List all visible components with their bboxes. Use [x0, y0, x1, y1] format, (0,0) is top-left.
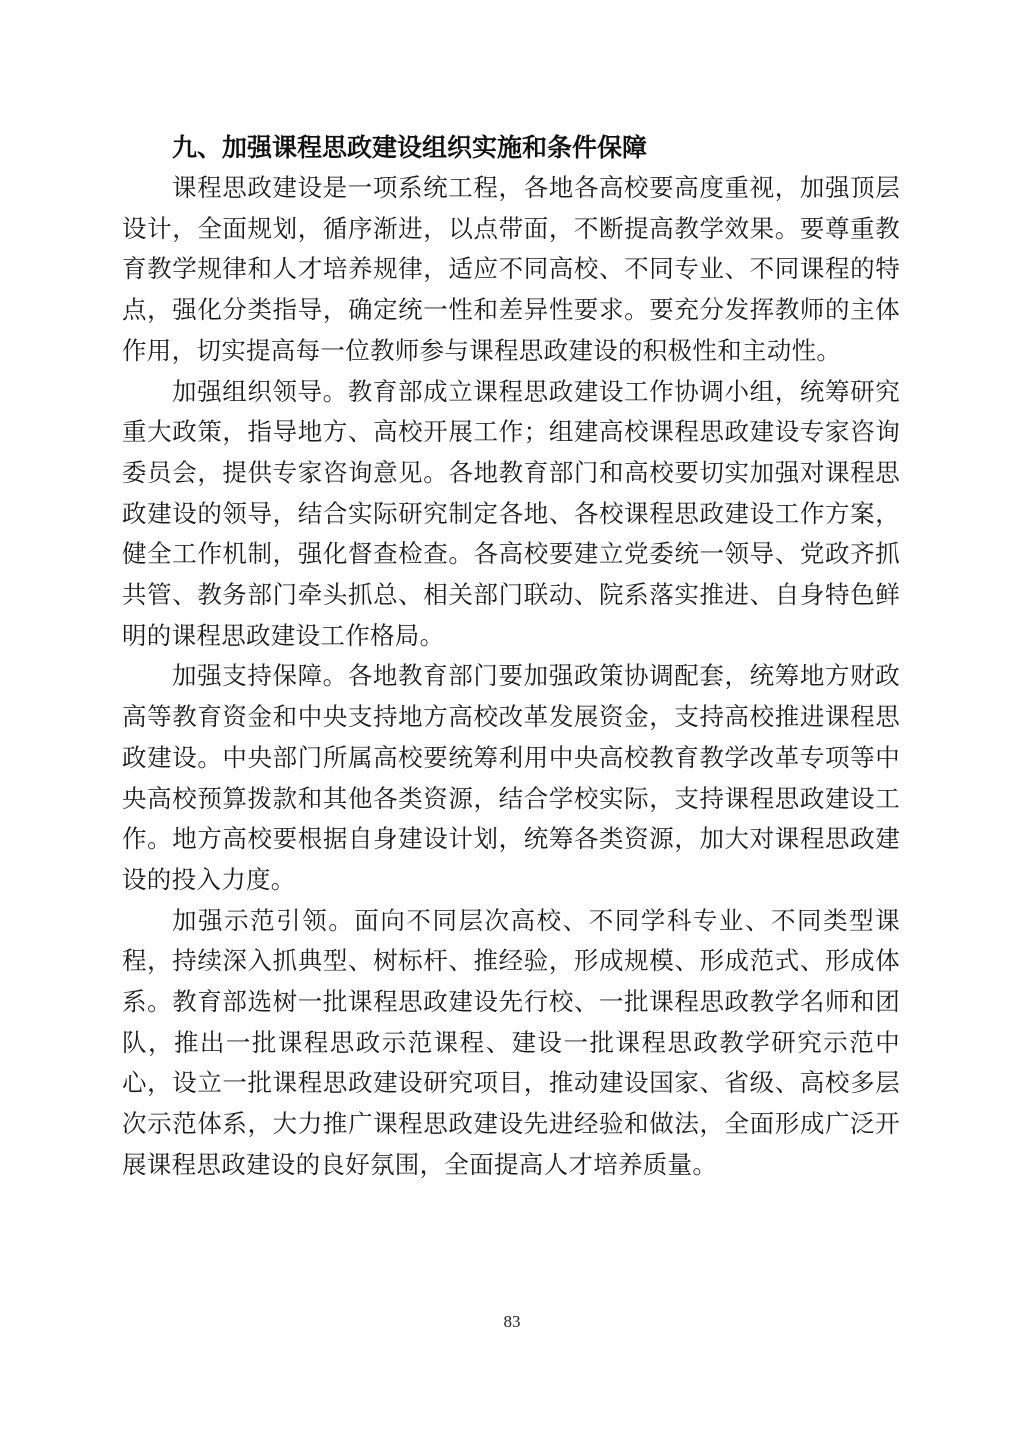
paragraph-support-guarantee: 加强支持保障。各地教育部门要加强政策协调配套，统筹地方财政高等教育资金和中央支持…	[122, 656, 900, 900]
page-content: 九、加强课程思政建设组织实施和条件保障 课程思政建设是一项系统工程，各地各高校要…	[122, 128, 900, 1186]
paragraph-intro: 课程思政建设是一项系统工程，各地各高校要高度重视，加强顶层设计，全面规划，循序渐…	[122, 168, 900, 372]
paragraph-organization-leadership: 加强组织领导。教育部成立课程思政建设工作协调小组，统筹研究重大政策，指导地方、高…	[122, 372, 900, 657]
section-heading: 九、加强课程思政建设组织实施和条件保障	[122, 128, 900, 168]
paragraph-demonstration-leading: 加强示范引领。面向不同层次高校、不同学科专业、不同类型课程，持续深入抓典型、树标…	[122, 901, 900, 1186]
document-page: 九、加强课程思政建设组织实施和条件保障 课程思政建设是一项系统工程，各地各高校要…	[0, 0, 1024, 1446]
page-number: 83	[0, 1312, 1024, 1332]
